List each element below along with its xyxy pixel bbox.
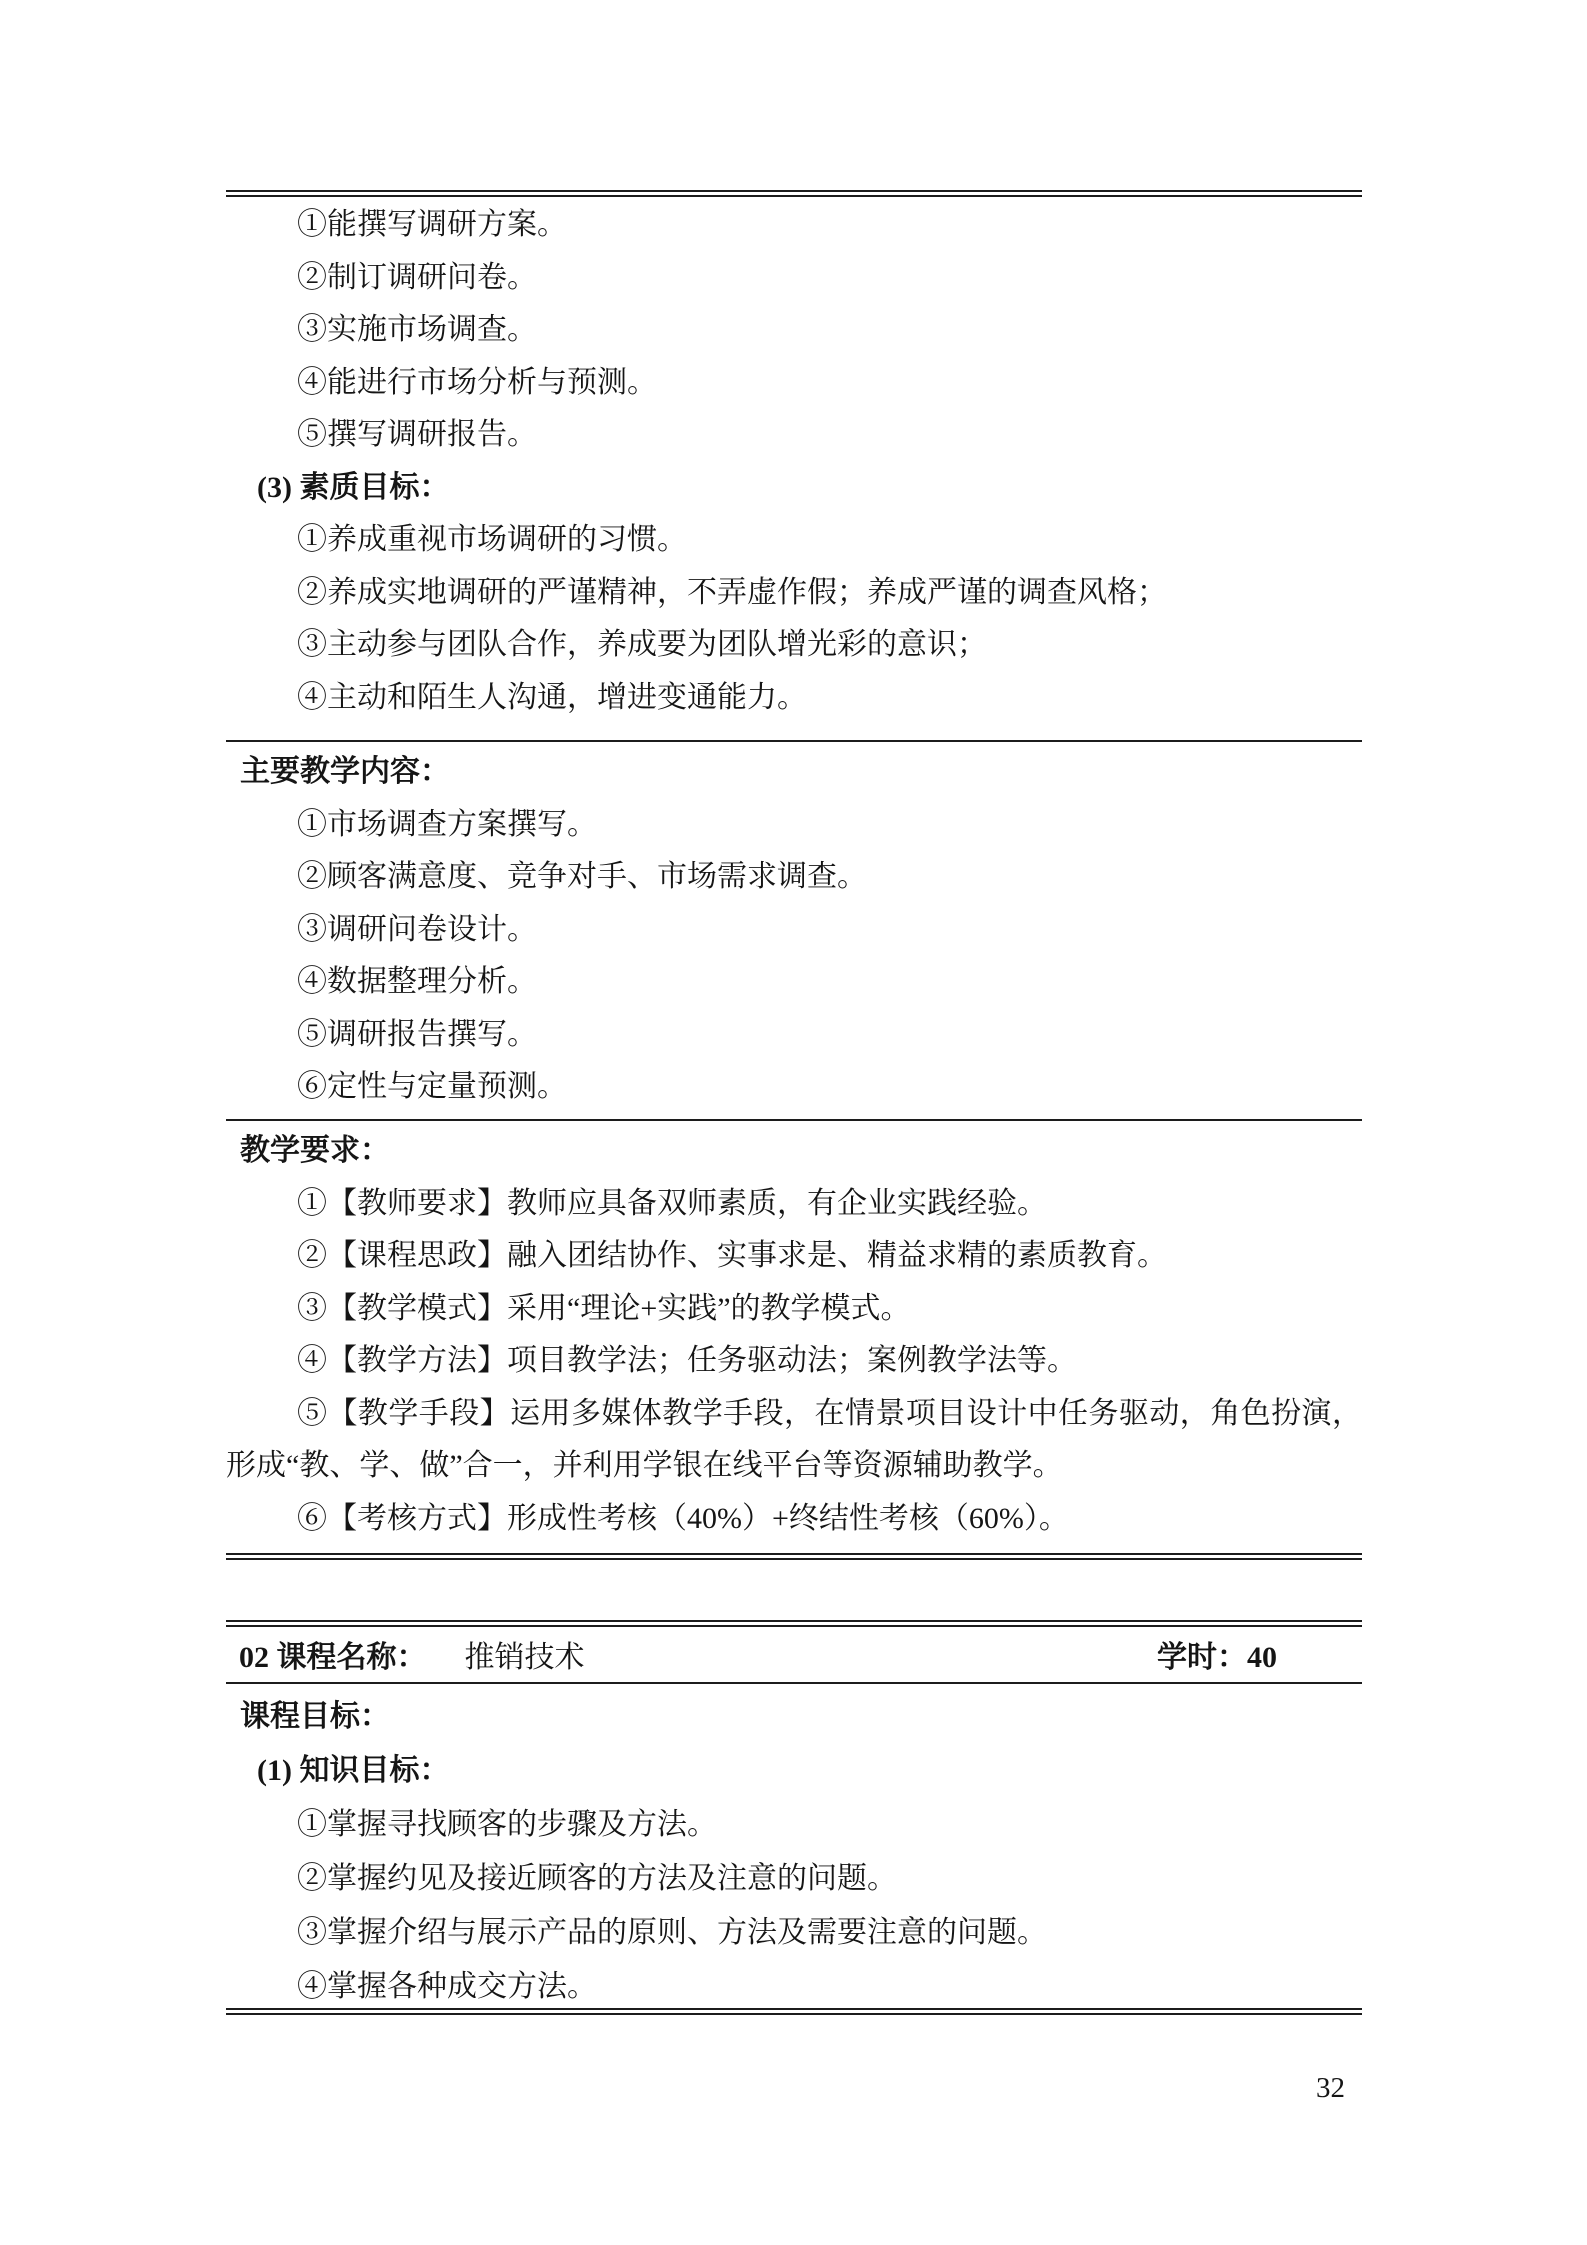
knowledge-objectives-heading: (1) 知识目标： (226, 1744, 1362, 1798)
list-item: ①掌握寻找顾客的步骤及方法。 (226, 1798, 1362, 1852)
section-course-objectives: 课程目标： (1) 知识目标： ①掌握寻找顾客的步骤及方法。 ②掌握约见及接近顾… (226, 1690, 1362, 2014)
list-item: ④能进行市场分析与预测。 (226, 357, 1362, 410)
course-name: 推销技术 (465, 1632, 585, 1676)
list-item: ④掌握各种成交方法。 (226, 1960, 1362, 2014)
hours-value: 40 (1247, 1641, 1277, 1674)
list-item: ②掌握约见及接近顾客的方法及注意的问题。 (226, 1852, 1362, 1906)
horizontal-rule (226, 740, 1362, 742)
list-item: ③掌握介绍与展示产品的原则、方法及需要注意的问题。 (226, 1906, 1362, 1960)
list-item: ②顾客满意度、竞争对手、市场需求调查。 (226, 851, 1362, 904)
course-objectives-heading: 课程目标： (226, 1690, 1362, 1744)
list-item: ④数据整理分析。 (226, 956, 1362, 1009)
list-item: ③调研问卷设计。 (226, 904, 1362, 957)
course-hours: 学时：40 (1157, 1632, 1277, 1676)
teaching-requirements-heading: 教学要求： (226, 1125, 1362, 1178)
list-item: ①养成重视市场调研的习惯。 (226, 514, 1362, 567)
course-header-row: 02 课程名称： 推销技术 学时：40 (226, 1628, 1362, 1680)
list-item: ①市场调查方案撰写。 (226, 799, 1362, 852)
horizontal-rule-double (226, 1553, 1362, 1560)
list-item: ③主动参与团队合作，养成要为团队增光彩的意识； (226, 619, 1362, 672)
list-item: ②制订调研问卷。 (226, 252, 1362, 305)
teaching-content-heading: 主要教学内容： (226, 746, 1362, 799)
document-page: ①能撰写调研方案。 ②制订调研问卷。 ③实施市场调查。 ④能进行市场分析与预测。… (0, 0, 1587, 2245)
list-item: ③【教学模式】采用“理论+实践”的教学模式。 (226, 1283, 1362, 1336)
syllabus-table: ①能撰写调研方案。 ②制订调研问卷。 ③实施市场调查。 ④能进行市场分析与预测。… (226, 0, 1362, 2245)
list-item: ⑥定性与定量预测。 (226, 1061, 1362, 1114)
section-teaching-content: 主要教学内容： ①市场调查方案撰写。 ②顾客满意度、竞争对手、市场需求调查。 ③… (226, 746, 1362, 1114)
hours-label: 学时： (1157, 1641, 1247, 1674)
horizontal-rule (226, 1682, 1362, 1684)
list-item: ①能撰写调研方案。 (226, 199, 1362, 252)
horizontal-rule (226, 1119, 1362, 1121)
list-item: ②养成实地调研的严谨精神，不弄虚作假；养成严谨的调查风格； (226, 567, 1362, 620)
horizontal-rule-double (226, 190, 1362, 197)
horizontal-rule-double (226, 1620, 1362, 1627)
horizontal-rule-double (226, 2008, 1362, 2015)
list-item: ⑤调研报告撰写。 (226, 1009, 1362, 1062)
list-item: ②【课程思政】融入团结协作、实事求是、精益求精的素质教育。 (226, 1230, 1362, 1283)
list-item: ③实施市场调查。 (226, 304, 1362, 357)
course-code-label: 02 课程名称： (226, 1632, 427, 1676)
page-number: 32 (1316, 2072, 1345, 2105)
list-item: ⑤【教学手段】运用多媒体教学手段，在情景项目设计中任务驱动，角色扮演，形成“教、… (226, 1388, 1362, 1493)
quality-objectives-heading: (3) 素质目标： (226, 462, 1362, 515)
list-item: ①【教师要求】教师应具备双师素质，有企业实践经验。 (226, 1178, 1362, 1231)
list-item: ④【教学方法】项目教学法；任务驱动法；案例教学法等。 (226, 1335, 1362, 1388)
list-item: ④主动和陌生人沟通，增进变通能力。 (226, 672, 1362, 725)
list-item: ⑥【考核方式】形成性考核（40%）+终结性考核（60%）。 (226, 1493, 1362, 1546)
section-teaching-requirements: 教学要求： ①【教师要求】教师应具备双师素质，有企业实践经验。 ②【课程思政】融… (226, 1125, 1362, 1545)
list-item: ⑤撰写调研报告。 (226, 409, 1362, 462)
section-objectives-continued: ①能撰写调研方案。 ②制订调研问卷。 ③实施市场调查。 ④能进行市场分析与预测。… (226, 199, 1362, 724)
